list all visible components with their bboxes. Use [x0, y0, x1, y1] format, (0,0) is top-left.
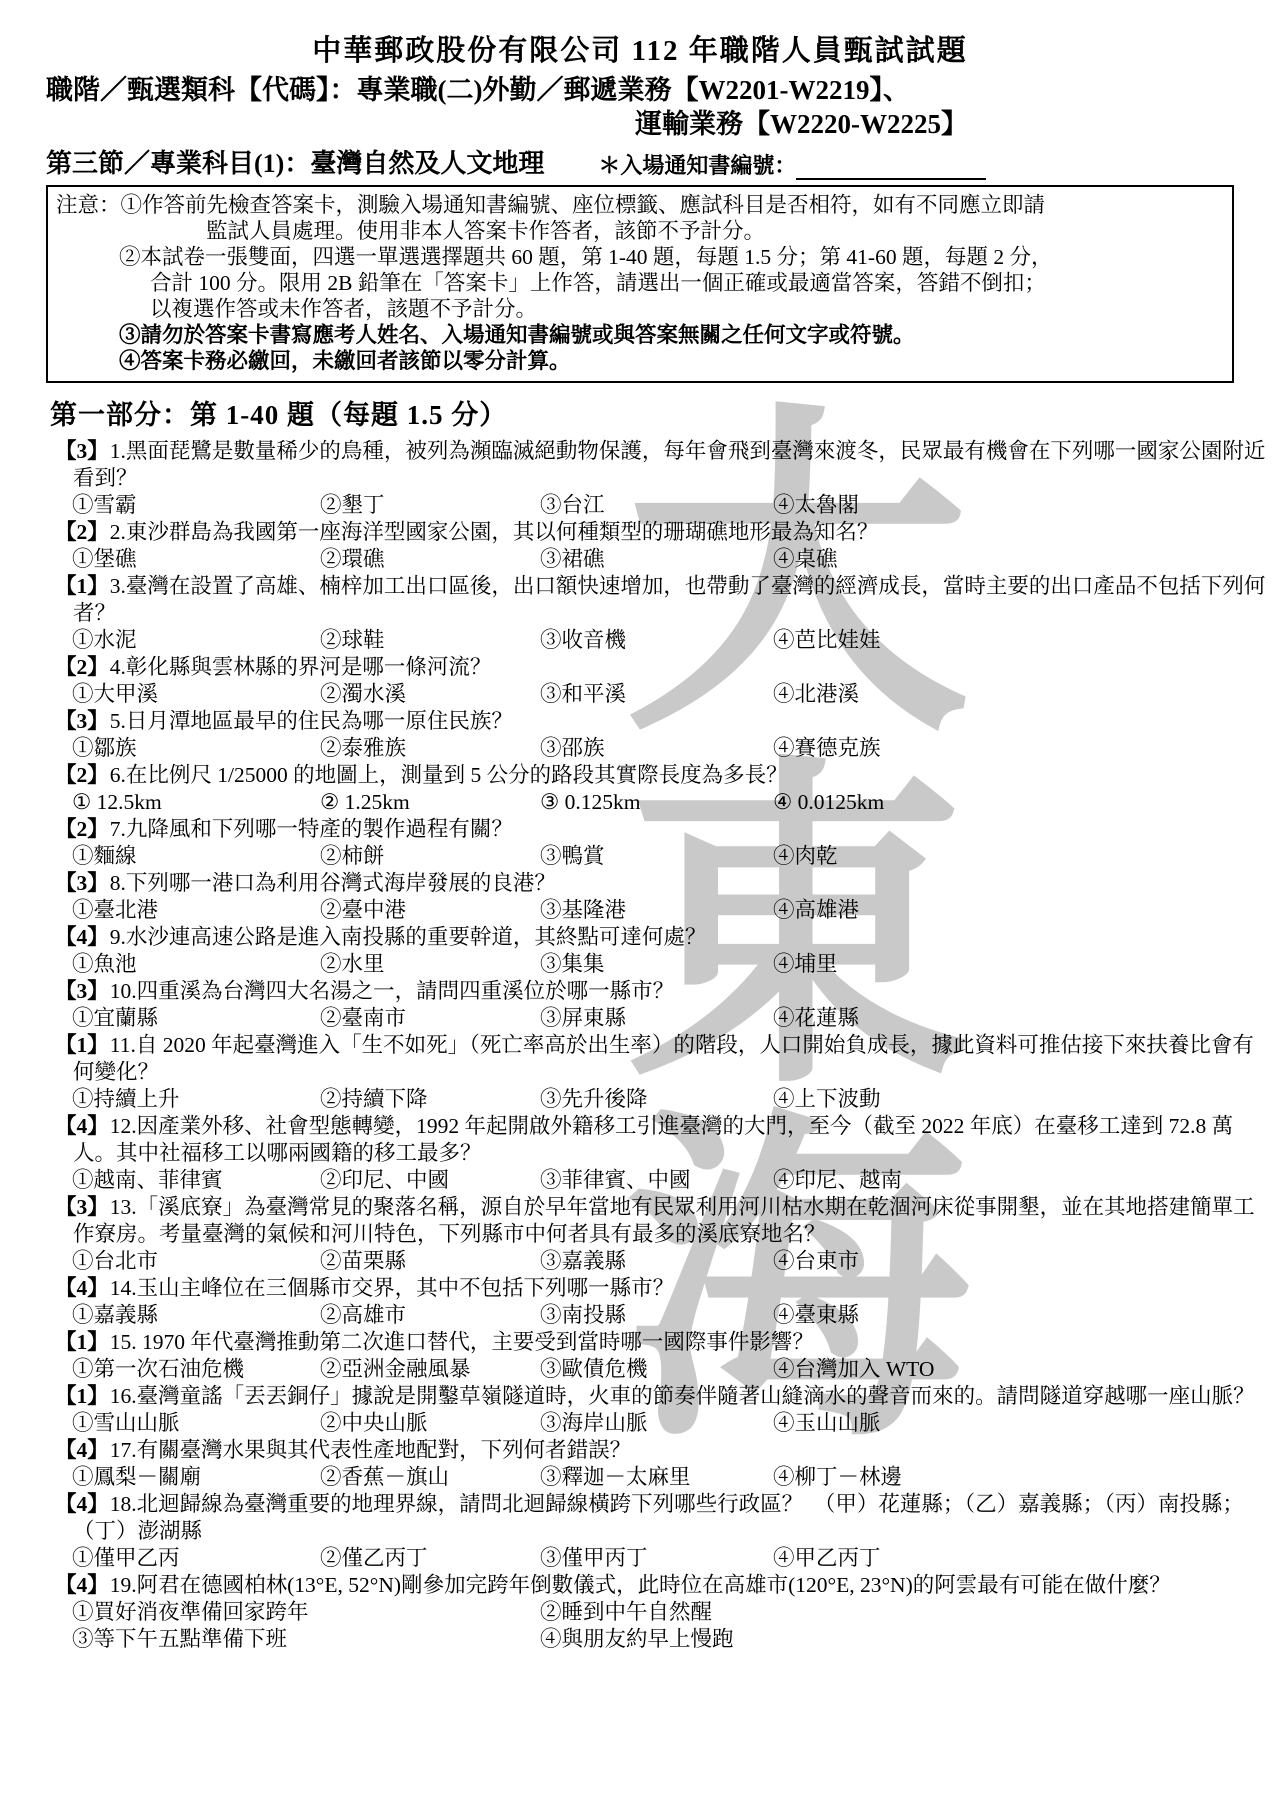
option: ④臺東縣	[773, 1302, 1268, 1329]
option: ①越南、菲律賓	[72, 1167, 320, 1194]
answer-key: 【1】	[55, 1384, 109, 1408]
option: ③釋迦－太麻里	[540, 1464, 773, 1491]
option: ③屏東縣	[540, 1005, 773, 1032]
options-row: ① 12.5km② 1.25km③ 0.125km④ 0.0125km	[72, 789, 1268, 816]
option: ③先升後降	[540, 1086, 773, 1113]
question-stem: 10.四重溪為台灣四大名湯之一，請問四重溪位於哪一縣市？	[110, 979, 674, 1003]
question-item: 【3】13.「溪底寮」為臺灣常見的聚落名稱，源自於早年當地有民眾利用河川枯水期在…	[55, 1194, 1268, 1275]
options-row: ①買好消夜準備回家跨年②睡到中午自然醒③等下午五點準備下班④與朋友約早上慢跑	[72, 1599, 1268, 1653]
options-row: ①水泥②球鞋③收音機④芭比娃娃	[72, 627, 1268, 654]
options-row: ①大甲溪②濁水溪③和平溪④北港溪	[72, 681, 1268, 708]
option: ②濁水溪	[320, 681, 540, 708]
question-item: 【1】3.臺灣在設置了高雄、楠梓加工出口區後，出口額快速增加，也帶動了臺灣的經濟…	[55, 573, 1268, 654]
question-stem: 14.玉山主峰位在三個縣市交界，其中不包括下列哪一縣市？	[110, 1276, 674, 1300]
option: ③海岸山脈	[540, 1410, 773, 1437]
answer-key: 【1】	[55, 1033, 109, 1057]
option: ② 1.25km	[320, 789, 540, 816]
answer-key: 【4】	[55, 1114, 109, 1138]
notice-line: ③請勿於答案卡書寫應考人姓名、入場通知書編號或與答案無關之任何文字或符號。	[56, 322, 1224, 348]
option: ②苗栗縣	[320, 1248, 540, 1275]
option: ②持續下降	[320, 1086, 540, 1113]
notice-line: ②本試卷一張雙面，四選一單選選擇題共 60 題，第 1-40 題，每題 1.5 …	[56, 244, 1224, 270]
option: ③台江	[540, 492, 773, 519]
question-stem: 8.下列哪一港口為利用谷灣式海岸發展的良港？	[110, 871, 556, 895]
question-stem-line: 【3】10.四重溪為台灣四大名湯之一，請問四重溪位於哪一縣市？	[55, 978, 1268, 1005]
answer-key: 【3】	[55, 871, 109, 895]
options-row: ①雪霸②墾丁③台江④太魯閣	[72, 492, 1268, 519]
question-item: 【2】7.九降風和下列哪一特產的製作過程有關？①麵線②柿餅③鴨賞④肉乾	[55, 816, 1268, 870]
question-item: 【4】14.玉山主峰位在三個縣市交界，其中不包括下列哪一縣市？①嘉義縣②高雄市③…	[55, 1275, 1268, 1329]
option: ④北港溪	[773, 681, 1268, 708]
option: ③收音機	[540, 627, 773, 654]
answer-key: 【3】	[55, 439, 109, 463]
question-stem-line: 【4】14.玉山主峰位在三個縣市交界，其中不包括下列哪一縣市？	[55, 1275, 1268, 1302]
option: ②中央山脈	[320, 1410, 540, 1437]
exam-title: 中華郵政股份有限公司 112 年職階人員甄試試題	[0, 28, 1280, 69]
option: ④台東市	[773, 1248, 1268, 1275]
question-stem-line: 【3】13.「溪底寮」為臺灣常見的聚落名稱，源自於早年當地有民眾利用河川枯水期在…	[55, 1194, 1268, 1248]
options-row: ①鳳梨－關廟②香蕉－旗山③釋迦－太麻里④柳丁－林邊	[72, 1464, 1268, 1491]
question-stem: 7.九降風和下列哪一特產的製作過程有關？	[110, 817, 513, 841]
option: ②香蕉－旗山	[320, 1464, 540, 1491]
question-item: 【2】6.在比例尺 1/25000 的地圖上，測量到 5 公分的路段其實際長度為…	[55, 762, 1268, 816]
question-stem: 9.水沙連高速公路是進入南投縣的重要幹道，其終點可達何處？	[110, 925, 707, 949]
options-row: ①鄒族②泰雅族③邵族④賽德克族	[72, 735, 1268, 762]
option: ①麵線	[72, 843, 320, 870]
question-item: 【1】11.自 2020 年起臺灣進入「生不如死」（死亡率高於出生率）的階段，人…	[55, 1032, 1268, 1113]
option: ③邵族	[540, 735, 773, 762]
question-stem-line: 【2】4.彰化縣與雲林縣的界河是哪一條河流？	[55, 654, 1268, 681]
category-line-1: 職階／甄選類科【代碼】：專業職(二)外勤／郵遞業務【W2201-W2219】、	[46, 73, 1280, 107]
answer-key: 【2】	[55, 520, 109, 544]
option: ①第一次石油危機	[72, 1356, 320, 1383]
question-stem-line: 【3】1.黑面琵鷺是數量稀少的鳥種，被列為瀕臨滅絕動物保護，每年會飛到臺灣來渡冬…	[55, 438, 1268, 492]
notice-box: 注意：①作答前先檢查答案卡，測驗入場通知書編號、座位標籤、應試科目是否相符，如有…	[46, 185, 1234, 383]
answer-key: 【2】	[55, 655, 109, 679]
option: ②泰雅族	[320, 735, 540, 762]
section-row: 第三節／專業科目(1)：臺灣自然及人文地理 ＊入場通知書編號：	[46, 143, 1280, 180]
option: ①鄒族	[72, 735, 320, 762]
option: ①宜蘭縣	[72, 1005, 320, 1032]
option: ②球鞋	[320, 627, 540, 654]
question-item: 【4】9.水沙連高速公路是進入南投縣的重要幹道，其終點可達何處？①魚池②水里③集…	[55, 924, 1268, 978]
option: ③嘉義縣	[540, 1248, 773, 1275]
option: ④花蓮縣	[773, 1005, 1268, 1032]
question-item: 【3】1.黑面琵鷺是數量稀少的鳥種，被列為瀕臨滅絕動物保護，每年會飛到臺灣來渡冬…	[55, 438, 1268, 519]
notice-line: 合計 100 分。限用 2B 鉛筆在「答案卡」上作答，請選出一個正確或最適當答案…	[56, 270, 1224, 296]
option: ③集集	[540, 951, 773, 978]
question-item: 【4】19.阿君在德國柏林(13°E, 52°N)剛參加完跨年倒數儀式，此時位在…	[55, 1572, 1268, 1653]
option: ①台北市	[72, 1248, 320, 1275]
option: ①魚池	[72, 951, 320, 978]
option: ④太魯閣	[773, 492, 1268, 519]
option: ④肉乾	[773, 843, 1268, 870]
notice-line: 注意：①作答前先檢查答案卡，測驗入場通知書編號、座位標籤、應試科目是否相符，如有…	[56, 192, 1224, 218]
question-item: 【4】17.有關臺灣水果與其代表性產地配對，下列何者錯誤？①鳳梨－關廟②香蕉－旗…	[55, 1437, 1268, 1491]
question-item: 【3】5.日月潭地區最早的住民為哪一原住民族？①鄒族②泰雅族③邵族④賽德克族	[55, 708, 1268, 762]
answer-key: 【4】	[55, 925, 109, 949]
answer-key: 【2】	[55, 817, 109, 841]
answer-key: 【4】	[55, 1276, 109, 1300]
question-stem: 13.「溪底寮」為臺灣常見的聚落名稱，源自於早年當地有民眾利用河川枯水期在乾涸河…	[73, 1195, 1255, 1246]
question-item: 【4】18.北迴歸線為臺灣重要的地理界線，請問北迴歸線橫跨下列哪些行政區？ （甲…	[55, 1491, 1268, 1572]
question-stem: 19.阿君在德國柏林(13°E, 52°N)剛參加完跨年倒數儀式，此時位在高雄市…	[110, 1573, 1171, 1597]
option: ①持續上升	[72, 1086, 320, 1113]
exam-page: { "header": { "title": "中華郵政股份有限公司 112 年…	[0, 0, 1280, 1814]
option: ④與朋友約早上慢跑	[540, 1626, 1268, 1653]
option: ④玉山山脈	[773, 1410, 1268, 1437]
option: ①嘉義縣	[72, 1302, 320, 1329]
option: ④印尼、越南	[773, 1167, 1268, 1194]
option: ②睡到中午自然醒	[540, 1599, 1268, 1626]
option: ③歐債危機	[540, 1356, 773, 1383]
answer-key: 【2】	[55, 763, 109, 787]
answer-key: 【4】	[55, 1438, 109, 1462]
option: ③南投縣	[540, 1302, 773, 1329]
questions: 【3】1.黑面琵鷺是數量稀少的鳥種，被列為瀕臨滅絕動物保護，每年會飛到臺灣來渡冬…	[55, 438, 1268, 1653]
part-header: 第一部分：第 1-40 題（每題 1.5 分）	[50, 393, 1280, 432]
answer-key: 【3】	[55, 1195, 109, 1219]
question-item: 【4】12.因產業外移、社會型態轉變，1992 年起開啟外籍移工引進臺灣的大門，…	[55, 1113, 1268, 1194]
option: ②臺中港	[320, 897, 540, 924]
notice-line: ④答案卡務必繳回，未繳回者該節以零分計算。	[56, 348, 1224, 374]
notice-line: 監試人員處理。使用非本人答案卡作答者，該節不予計分。	[56, 218, 1224, 244]
question-stem: 12.因產業外移、社會型態轉變，1992 年起開啟外籍移工引進臺灣的大門，至今（…	[73, 1114, 1233, 1165]
question-item: 【3】8.下列哪一港口為利用谷灣式海岸發展的良港？①臺北港②臺中港③基隆港④高雄…	[55, 870, 1268, 924]
option: ③僅甲丙丁	[540, 1545, 773, 1572]
options-row: ①魚池②水里③集集④埔里	[72, 951, 1268, 978]
question-stem-line: 【3】5.日月潭地區最早的住民為哪一原住民族？	[55, 708, 1268, 735]
question-stem-line: 【3】8.下列哪一港口為利用谷灣式海岸發展的良港？	[55, 870, 1268, 897]
options-row: ①臺北港②臺中港③基隆港④高雄港	[72, 897, 1268, 924]
option: ③和平溪	[540, 681, 773, 708]
question-stem: 2.東沙群島為我國第一座海洋型國家公園，其以何種類型的珊瑚礁地形最為知名？	[110, 520, 879, 544]
option: ①買好消夜準備回家跨年	[72, 1599, 540, 1626]
option: ①大甲溪	[72, 681, 320, 708]
option: ①僅甲乙丙	[72, 1545, 320, 1572]
answer-key: 【4】	[55, 1492, 109, 1516]
option: ①雪霸	[72, 492, 320, 519]
option: ③等下午五點準備下班	[72, 1626, 540, 1653]
question-stem-line: 【4】12.因產業外移、社會型態轉變，1992 年起開啟外籍移工引進臺灣的大門，…	[55, 1113, 1268, 1167]
option: ④賽德克族	[773, 735, 1268, 762]
options-row: ①嘉義縣②高雄市③南投縣④臺東縣	[72, 1302, 1268, 1329]
option: ③ 0.125km	[540, 789, 773, 816]
options-row: ①越南、菲律賓②印尼、中國③菲律賓、中國④印尼、越南	[72, 1167, 1268, 1194]
options-row: ①第一次石油危機②亞洲金融風暴③歐債危機④台灣加入 WTO	[72, 1356, 1268, 1383]
admission-label: ＊入場通知書編號：	[598, 149, 796, 180]
option: ②墾丁	[320, 492, 540, 519]
question-stem: 11.自 2020 年起臺灣進入「生不如死」（死亡率高於出生率）的階段，人口開始…	[73, 1033, 1254, 1084]
section-title: 第三節／專業科目(1)：臺灣自然及人文地理	[46, 143, 544, 180]
question-stem: 5.日月潭地區最早的住民為哪一原住民族？	[110, 709, 513, 733]
option: ③菲律賓、中國	[540, 1167, 773, 1194]
question-item: 【2】2.東沙群島為我國第一座海洋型國家公園，其以何種類型的珊瑚礁地形最為知名？…	[55, 519, 1268, 573]
option: ④埔里	[773, 951, 1268, 978]
option: ③基隆港	[540, 897, 773, 924]
option: ②高雄市	[320, 1302, 540, 1329]
question-stem-line: 【2】2.東沙群島為我國第一座海洋型國家公園，其以何種類型的珊瑚礁地形最為知名？	[55, 519, 1268, 546]
options-row: ①麵線②柿餅③鴨賞④肉乾	[72, 843, 1268, 870]
options-row: ①僅甲乙丙②僅乙丙丁③僅甲丙丁④甲乙丙丁	[72, 1545, 1268, 1572]
question-stem-line: 【4】18.北迴歸線為臺灣重要的地理界線，請問北迴歸線橫跨下列哪些行政區？ （甲…	[55, 1491, 1268, 1545]
option: ①水泥	[72, 627, 320, 654]
option: ②亞洲金融風暴	[320, 1356, 540, 1383]
question-stem-line: 【4】19.阿君在德國柏林(13°E, 52°N)剛參加完跨年倒數儀式，此時位在…	[55, 1572, 1268, 1599]
option: ①臺北港	[72, 897, 320, 924]
question-stem-line: 【1】11.自 2020 年起臺灣進入「生不如死」（死亡率高於出生率）的階段，人…	[55, 1032, 1268, 1086]
question-stem-line: 【1】16.臺灣童謠「丟丟銅仔」據說是開鑿草嶺隧道時，火車的節奏伴隨著山縫滴水的…	[55, 1383, 1268, 1410]
question-stem: 17.有關臺灣水果與其代表性產地配對，下列何者錯誤？	[110, 1438, 631, 1462]
option: ②臺南市	[320, 1005, 540, 1032]
option: ④上下波動	[773, 1086, 1268, 1113]
option: ①鳳梨－關廟	[72, 1464, 320, 1491]
question-stem-line: 【2】7.九降風和下列哪一特產的製作過程有關？	[55, 816, 1268, 843]
option: ④甲乙丙丁	[773, 1545, 1268, 1572]
option: ④高雄港	[773, 897, 1268, 924]
question-stem-line: 【1】3.臺灣在設置了高雄、楠梓加工出口區後，出口額快速增加，也帶動了臺灣的經濟…	[55, 573, 1268, 627]
admission-number: ＊入場通知書編號：	[598, 149, 986, 180]
question-stem: 15. 1970 年代臺灣推動第二次進口替代，主要受到當時哪一國際事件影響？	[110, 1330, 814, 1354]
options-row: ①宜蘭縣②臺南市③屏東縣④花蓮縣	[72, 1005, 1268, 1032]
answer-key: 【3】	[55, 709, 109, 733]
question-item: 【1】16.臺灣童謠「丟丟銅仔」據說是開鑿草嶺隧道時，火車的節奏伴隨著山縫滴水的…	[55, 1383, 1268, 1437]
category-line-2: 運輸業務【W2220-W2225】	[0, 107, 968, 141]
question-stem: 3.臺灣在設置了高雄、楠梓加工出口區後，出口額快速增加，也帶動了臺灣的經濟成長，…	[73, 574, 1265, 625]
option: ②水里	[320, 951, 540, 978]
question-item: 【3】10.四重溪為台灣四大名湯之一，請問四重溪位於哪一縣市？①宜蘭縣②臺南市③…	[55, 978, 1268, 1032]
options-row: ①堡礁②環礁③裙礁④桌礁	[72, 546, 1268, 573]
answer-key: 【3】	[55, 979, 109, 1003]
option: ④芭比娃娃	[773, 627, 1268, 654]
question-stem-line: 【4】9.水沙連高速公路是進入南投縣的重要幹道，其終點可達何處？	[55, 924, 1268, 951]
question-stem: 18.北迴歸線為臺灣重要的地理界線，請問北迴歸線橫跨下列哪些行政區？ （甲）花蓮…	[73, 1492, 1244, 1543]
option: ① 12.5km	[72, 789, 320, 816]
question-stem-line: 【2】6.在比例尺 1/25000 的地圖上，測量到 5 公分的路段其實際長度為…	[55, 762, 1268, 789]
option: ④ 0.0125km	[773, 789, 1268, 816]
option: ②僅乙丙丁	[320, 1545, 540, 1572]
option: ②柿餅	[320, 843, 540, 870]
option: ②環礁	[320, 546, 540, 573]
question-stem: 16.臺灣童謠「丟丟銅仔」據說是開鑿草嶺隧道時，火車的節奏伴隨著山縫滴水的聲音而…	[110, 1384, 1255, 1408]
question-item: 【2】4.彰化縣與雲林縣的界河是哪一條河流？①大甲溪②濁水溪③和平溪④北港溪	[55, 654, 1268, 708]
question-stem: 1.黑面琵鷺是數量稀少的鳥種，被列為瀕臨滅絕動物保護，每年會飛到臺灣來渡冬，民眾…	[73, 439, 1265, 490]
exam-content: 中華郵政股份有限公司 112 年職階人員甄試試題 職階／甄選類科【代碼】：專業職…	[0, 28, 1280, 1653]
notice-line: 以複選作答或未作答者，該題不予計分。	[56, 296, 1224, 322]
options-row: ①雪山山脈②中央山脈③海岸山脈④玉山山脈	[72, 1410, 1268, 1437]
answer-key: 【4】	[55, 1573, 109, 1597]
option: ③裙礁	[540, 546, 773, 573]
option: ④柳丁－林邊	[773, 1464, 1268, 1491]
question-stem: 6.在比例尺 1/25000 的地圖上，測量到 5 公分的路段其實際長度為多長？	[110, 763, 788, 787]
option: ①雪山山脈	[72, 1410, 320, 1437]
options-row: ①台北市②苗栗縣③嘉義縣④台東市	[72, 1248, 1268, 1275]
admission-blank-field	[796, 154, 986, 180]
option: ①堡礁	[72, 546, 320, 573]
question-stem-line: 【1】15. 1970 年代臺灣推動第二次進口替代，主要受到當時哪一國際事件影響…	[55, 1329, 1268, 1356]
options-row: ①持續上升②持續下降③先升後降④上下波動	[72, 1086, 1268, 1113]
option: ③鴨賞	[540, 843, 773, 870]
option: ④桌礁	[773, 546, 1268, 573]
option: ②印尼、中國	[320, 1167, 540, 1194]
option: ④台灣加入 WTO	[773, 1356, 1268, 1383]
question-stem-line: 【4】17.有關臺灣水果與其代表性產地配對，下列何者錯誤？	[55, 1437, 1268, 1464]
question-stem: 4.彰化縣與雲林縣的界河是哪一條河流？	[110, 655, 492, 679]
answer-key: 【1】	[55, 1330, 109, 1354]
answer-key: 【1】	[55, 574, 109, 598]
question-item: 【1】15. 1970 年代臺灣推動第二次進口替代，主要受到當時哪一國際事件影響…	[55, 1329, 1268, 1383]
